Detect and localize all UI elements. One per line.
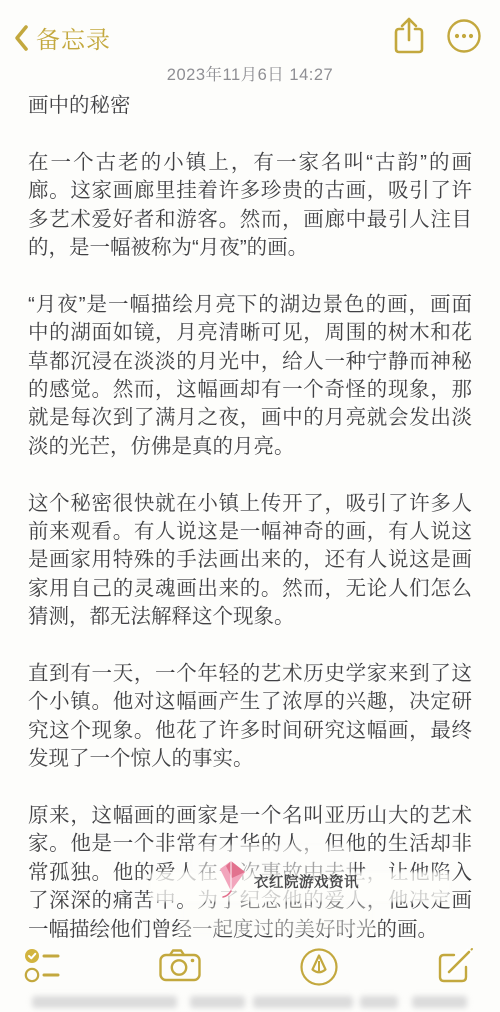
blurred-text-remnant (360, 996, 398, 1008)
checklist-icon[interactable] (24, 947, 62, 985)
note-date: 2023年11月6日 14:27 (0, 61, 500, 85)
note-title: 画中的秘密 (28, 92, 472, 120)
note-paragraph: 这个秘密很快就在小镇上传开了，吸引了许多人前来观看。有人说这是一幅神奇的画，有人… (28, 490, 472, 632)
blurred-text-remnant (253, 996, 353, 1008)
toolbar-icons (0, 947, 500, 987)
compose-icon[interactable] (436, 947, 476, 987)
more-icon[interactable] (446, 18, 482, 54)
back-chevron-icon (14, 24, 29, 52)
nav-actions (392, 16, 482, 56)
back-button-label: 备忘录 (36, 20, 111, 55)
note-paragraph: 原来，这幅画的画家是一个名叫亚历山大的艺术家。他是一个非常有才华的人，但他的生活… (28, 802, 472, 944)
blurred-text-remnant (412, 996, 467, 1008)
blurred-text-remnant (190, 996, 245, 1008)
bottom-toolbar (0, 938, 500, 1012)
markup-icon[interactable] (299, 947, 339, 987)
note-body[interactable]: 画中的秘密 在一个古老的小镇上，有一家名叫“古韵”的画廊。这家画廊里挂着许多珍贵… (28, 92, 472, 944)
share-icon[interactable] (392, 16, 426, 56)
blurred-text-remnant (32, 996, 177, 1008)
camera-icon[interactable] (159, 947, 201, 983)
back-button[interactable]: 备忘录 (14, 20, 111, 55)
note-paragraph: “月夜”是一幅描绘月亮下的湖边景色的画，画面中的湖面如镜，月亮清晰可见，周围的树… (28, 291, 472, 461)
note-paragraph: 在一个古老的小镇上，有一家名叫“古韵”的画廊。这家画廊里挂着许多珍贵的古画，吸引… (28, 149, 472, 263)
nav-bar: 备忘录 (0, 0, 500, 58)
note-paragraph: 直到有一天，一个年轻的艺术历史学家来到了这个小镇。他对这幅画产生了浓厚的兴趣，决… (28, 660, 472, 774)
